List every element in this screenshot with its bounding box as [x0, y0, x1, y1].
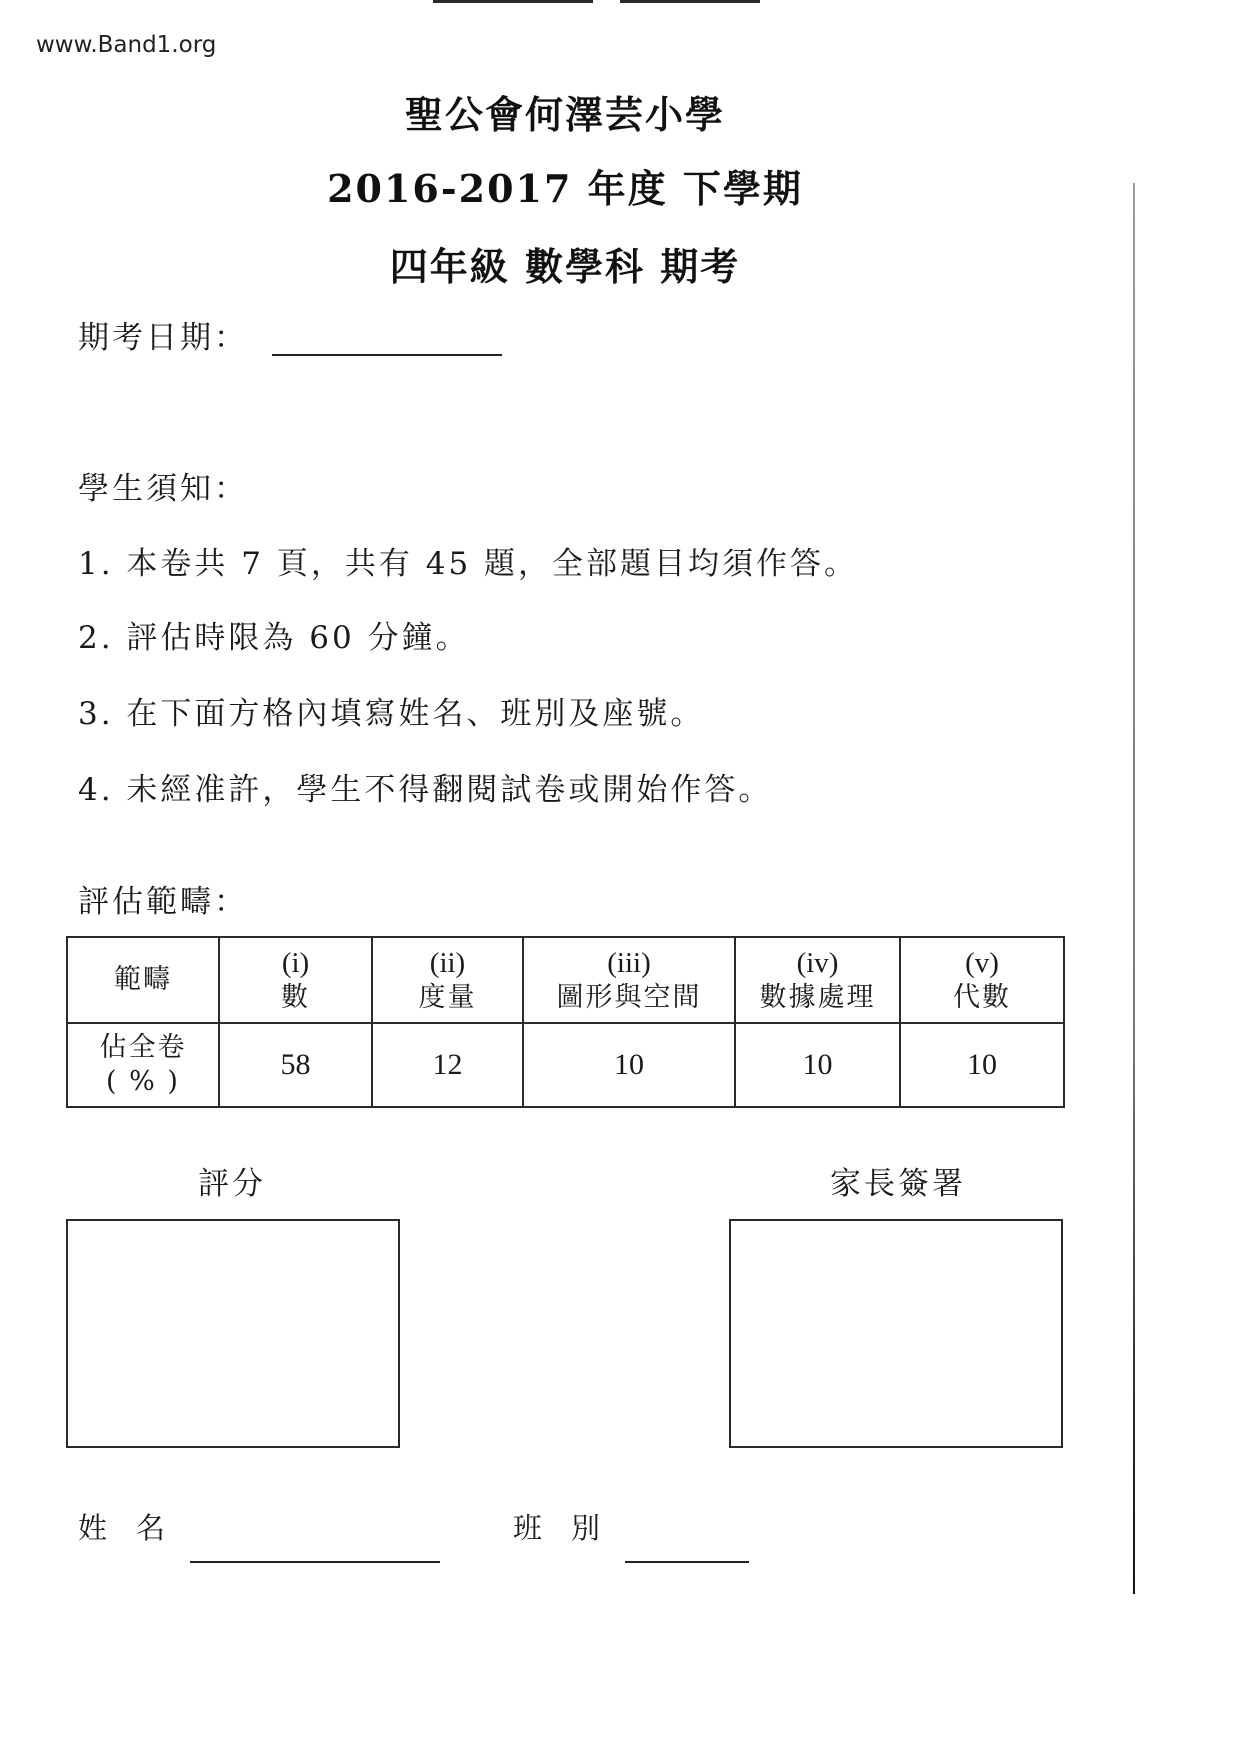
- column-category: 圖形與空間: [524, 981, 734, 1015]
- name-label: 姓 名: [78, 1506, 165, 1547]
- name-field[interactable]: [190, 1561, 440, 1563]
- scope-row-header-label: 範疇: [67, 937, 219, 1023]
- scope-header-row: 範疇 (i) 數 (ii) 度量 (iii) 圖形與空間 (iv) 數據處理 (…: [67, 937, 1064, 1023]
- scope-percent-cell: 10: [900, 1023, 1064, 1107]
- column-roman: (iv): [736, 945, 899, 981]
- scope-percent-cell: 10: [735, 1023, 900, 1107]
- column-roman: (v): [901, 945, 1063, 981]
- exam-title: 四年級 數學科 期考: [0, 236, 1130, 291]
- scope-percent-cell: 58: [219, 1023, 372, 1107]
- column-roman: (ii): [373, 945, 522, 981]
- scope-percent-row: 佔全卷 ( % ) 58 12 10 10 10: [67, 1023, 1064, 1107]
- column-category: 度量: [373, 981, 522, 1015]
- class-field[interactable]: [625, 1561, 749, 1563]
- school-name: 聖公會何澤芸小學: [0, 84, 1130, 139]
- scope-column-header: (i) 數: [219, 937, 372, 1023]
- notice-rule: 3. 在下面方格內填寫姓名、班別及座號。: [78, 688, 704, 733]
- score-label: 評分: [198, 1158, 266, 1203]
- parent-signature-box[interactable]: [729, 1219, 1063, 1448]
- scan-edge-mark-right: [620, 0, 760, 3]
- academic-year: 2016-2017 年度 下學期: [0, 158, 1130, 213]
- score-box[interactable]: [66, 1219, 400, 1448]
- class-label: 班 別: [513, 1506, 600, 1547]
- scope-column-header: (v) 代數: [900, 937, 1064, 1023]
- notice-rule: 4. 未經准許，學生不得翻閱試卷或開始作答。: [78, 764, 772, 809]
- column-roman: (i): [220, 945, 371, 981]
- column-roman: (iii): [524, 945, 734, 981]
- column-category: 數: [220, 981, 371, 1015]
- column-category: 數據處理: [736, 981, 899, 1015]
- scope-percent-cell: 12: [372, 1023, 523, 1107]
- scope-column-header: (ii) 度量: [372, 937, 523, 1023]
- binding-margin-line: [1133, 183, 1135, 1594]
- scope-column-header: (iv) 數據處理: [735, 937, 900, 1023]
- notice-title: 學生須知：: [78, 463, 248, 508]
- exam-date-field[interactable]: [272, 354, 502, 356]
- scope-table: 範疇 (i) 數 (ii) 度量 (iii) 圖形與空間 (iv) 數據處理 (…: [66, 936, 1065, 1108]
- scope-row-value-label: 佔全卷 ( % ): [67, 1023, 219, 1107]
- column-category: 代數: [901, 981, 1063, 1015]
- notice-rule: 2. 評估時限為 60 分鐘。: [78, 612, 470, 657]
- parent-signature-label: 家長簽署: [830, 1158, 966, 1203]
- scope-column-header: (iii) 圖形與空間: [523, 937, 735, 1023]
- scope-title: 評估範疇：: [78, 876, 248, 921]
- notice-rule: 1. 本卷共 7 頁，共有 45 題，全部題目均須作答。: [78, 538, 858, 583]
- watermark-url[interactable]: www.Band1.org: [36, 32, 216, 58]
- scope-percent-cell: 10: [523, 1023, 735, 1107]
- scan-edge-mark-left: [433, 0, 593, 3]
- exam-date-label: 期考日期：: [78, 312, 248, 357]
